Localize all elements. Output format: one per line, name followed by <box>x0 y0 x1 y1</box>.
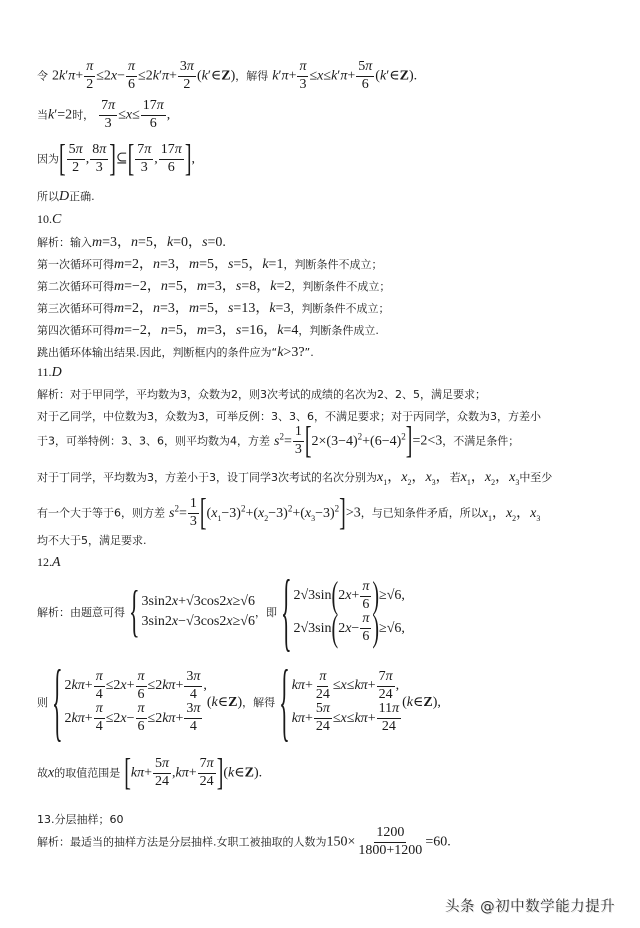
text: 有一个大于等于6，则方差 <box>37 507 165 520</box>
line-system-2: 则 { 2kπ+π4≤2x+π6≤2kπ+3π4, 2kπ+π4≤2x−π6≤2… <box>37 670 441 735</box>
text: ，判断条件不成立； <box>290 302 389 315</box>
text: 第三次循环可得 <box>37 302 114 315</box>
text: ，判断条件不成立； <box>291 280 390 293</box>
line-loop-3: 第三次循环可得m=2，n=3，m=5，s=13，k=3，判断条件不成立； <box>37 302 389 316</box>
question-10-answer: 10.C <box>37 213 61 227</box>
text: 第四次循环可得 <box>37 324 114 337</box>
line-conclusion-d: 所以D正确. <box>37 190 95 204</box>
text: 因为 <box>37 153 59 166</box>
text: 中至少 <box>519 471 552 484</box>
text: 对于丁同学，平均数为3，方差小于3，设丁同学3次考试的名次分别为 <box>37 471 377 484</box>
line-student-d: 对于丁同学，平均数为3，方差小于3，设丁同学3次考试的名次分别为x1，x2，x3… <box>37 471 552 487</box>
text: 解析：对于甲同学，平均数为3，众数为2，则3次考试的成绩的名次为2、2、5，满足… <box>37 388 486 401</box>
question-12-answer: 12.A <box>37 556 61 570</box>
text: ，判断条件成立. <box>298 324 379 337</box>
text: 令 <box>37 70 48 83</box>
watermark: 头条 @初中数学能力提升 <box>445 895 615 916</box>
text: 解析：由题意可得 <box>37 606 125 619</box>
line-range: 故x的取值范围是 [kπ+5π24,kπ+7π24](k∈Z). <box>37 757 262 789</box>
text: A <box>52 555 61 570</box>
text: 输入 <box>70 236 92 249</box>
line-student-a: 解析：对于甲同学，平均数为3，众数为2，则3次考试的成绩的名次为2、2、5，满足… <box>37 388 486 401</box>
line-variance-c: 于3，可举特例：3、3、6，则平均数为4，方差 s2=13[2×(3−4)2+(… <box>37 425 519 457</box>
line-loop-2: 第二次循环可得m=−2，n=5，m=3，s=8，k=2，判断条件不成立； <box>37 280 390 294</box>
text: ，不满足条件； <box>442 435 519 448</box>
text: ，解得 <box>242 696 275 709</box>
text: 跳出循环体输出结果.因此，判断框内的条件应为“ <box>37 346 277 359</box>
question-13-answer: 13.分层抽样；60 <box>37 813 124 826</box>
question-11-answer: 11.D <box>37 366 62 380</box>
line-student-b-c: 对于乙同学，中位数为3，众数为3，可举反例：3、3、6，不满足要求；对于丙同学，… <box>37 410 541 423</box>
text: C <box>52 212 61 227</box>
text: ，即 <box>255 606 277 619</box>
line-jump-out: 跳出循环体输出结果.因此，判断框内的条件应为“k>3?”. <box>37 346 314 360</box>
text: D <box>52 365 62 380</box>
text: ，判断条件不成立； <box>283 258 382 271</box>
line-k-equals-2: 当k′=2时， 7π3≤x≤17π6, <box>37 99 170 131</box>
text: ，解得 <box>235 70 268 83</box>
line-input: 解析：输入m=3，n=5，k=0，s=0. <box>37 236 226 250</box>
line-loop-1: 第一次循环可得m=2，n=3，m=5，s=5，k=1，判断条件不成立； <box>37 258 382 272</box>
text: 解析： <box>37 236 70 249</box>
text: 则 <box>37 696 48 709</box>
line-inequality-solve: 令 2k′π+π2≤2x−π6≤2k′π+3π2(k′∈Z)，解得 k′π+π3… <box>37 60 417 92</box>
text: 的取值范围是 <box>54 767 120 780</box>
line-satisfies: 均不大于5，满足要求. <box>37 534 147 547</box>
line-subset: 因为[5π2,8π3]⊆[7π3,17π6], <box>37 143 195 175</box>
text: 13.分层抽样；60 <box>37 813 124 826</box>
text: 故 <box>37 767 48 780</box>
text: 10. <box>37 212 52 226</box>
text: 12. <box>37 555 52 569</box>
text: ，与已知条件矛盾，所以 <box>361 507 482 520</box>
line-system-1: 解析：由题意可得 { 3sin2x+√3cos2x≥√6 3sin2x−√3co… <box>37 580 405 645</box>
text: 解析：最适当的抽样方法是分层抽样.女职工被抽取的人数为 <box>37 836 327 849</box>
text: 正确. <box>69 190 95 203</box>
text: 所以 <box>37 190 59 203</box>
line-loop-4: 第四次循环可得m=−2，n=5，m=3，s=16，k=4，判断条件成立. <box>37 324 379 338</box>
text: D <box>59 189 69 204</box>
text: 第一次循环可得 <box>37 258 114 271</box>
text: 时， <box>72 109 94 122</box>
text: 11. <box>37 365 52 379</box>
text: 第二次循环可得 <box>37 280 114 293</box>
text: 对于乙同学，中位数为3，众数为3，可举反例：3、3、6，不满足要求；对于丙同学，… <box>37 410 541 423</box>
text: 于3，可举特例：3、3、6，则平均数为4，方差 <box>37 435 270 448</box>
line-variance-d: 有一个大于等于6，则方差 s2=13[(x1−3)2+(x2−3)2+(x3−3… <box>37 497 540 529</box>
line-sampling: 解析：最适当的抽样方法是分层抽样.女职工被抽取的人数为150×12001800+… <box>37 826 451 858</box>
text: 均不大于5，满足要求. <box>37 534 147 547</box>
text: 当 <box>37 109 48 122</box>
